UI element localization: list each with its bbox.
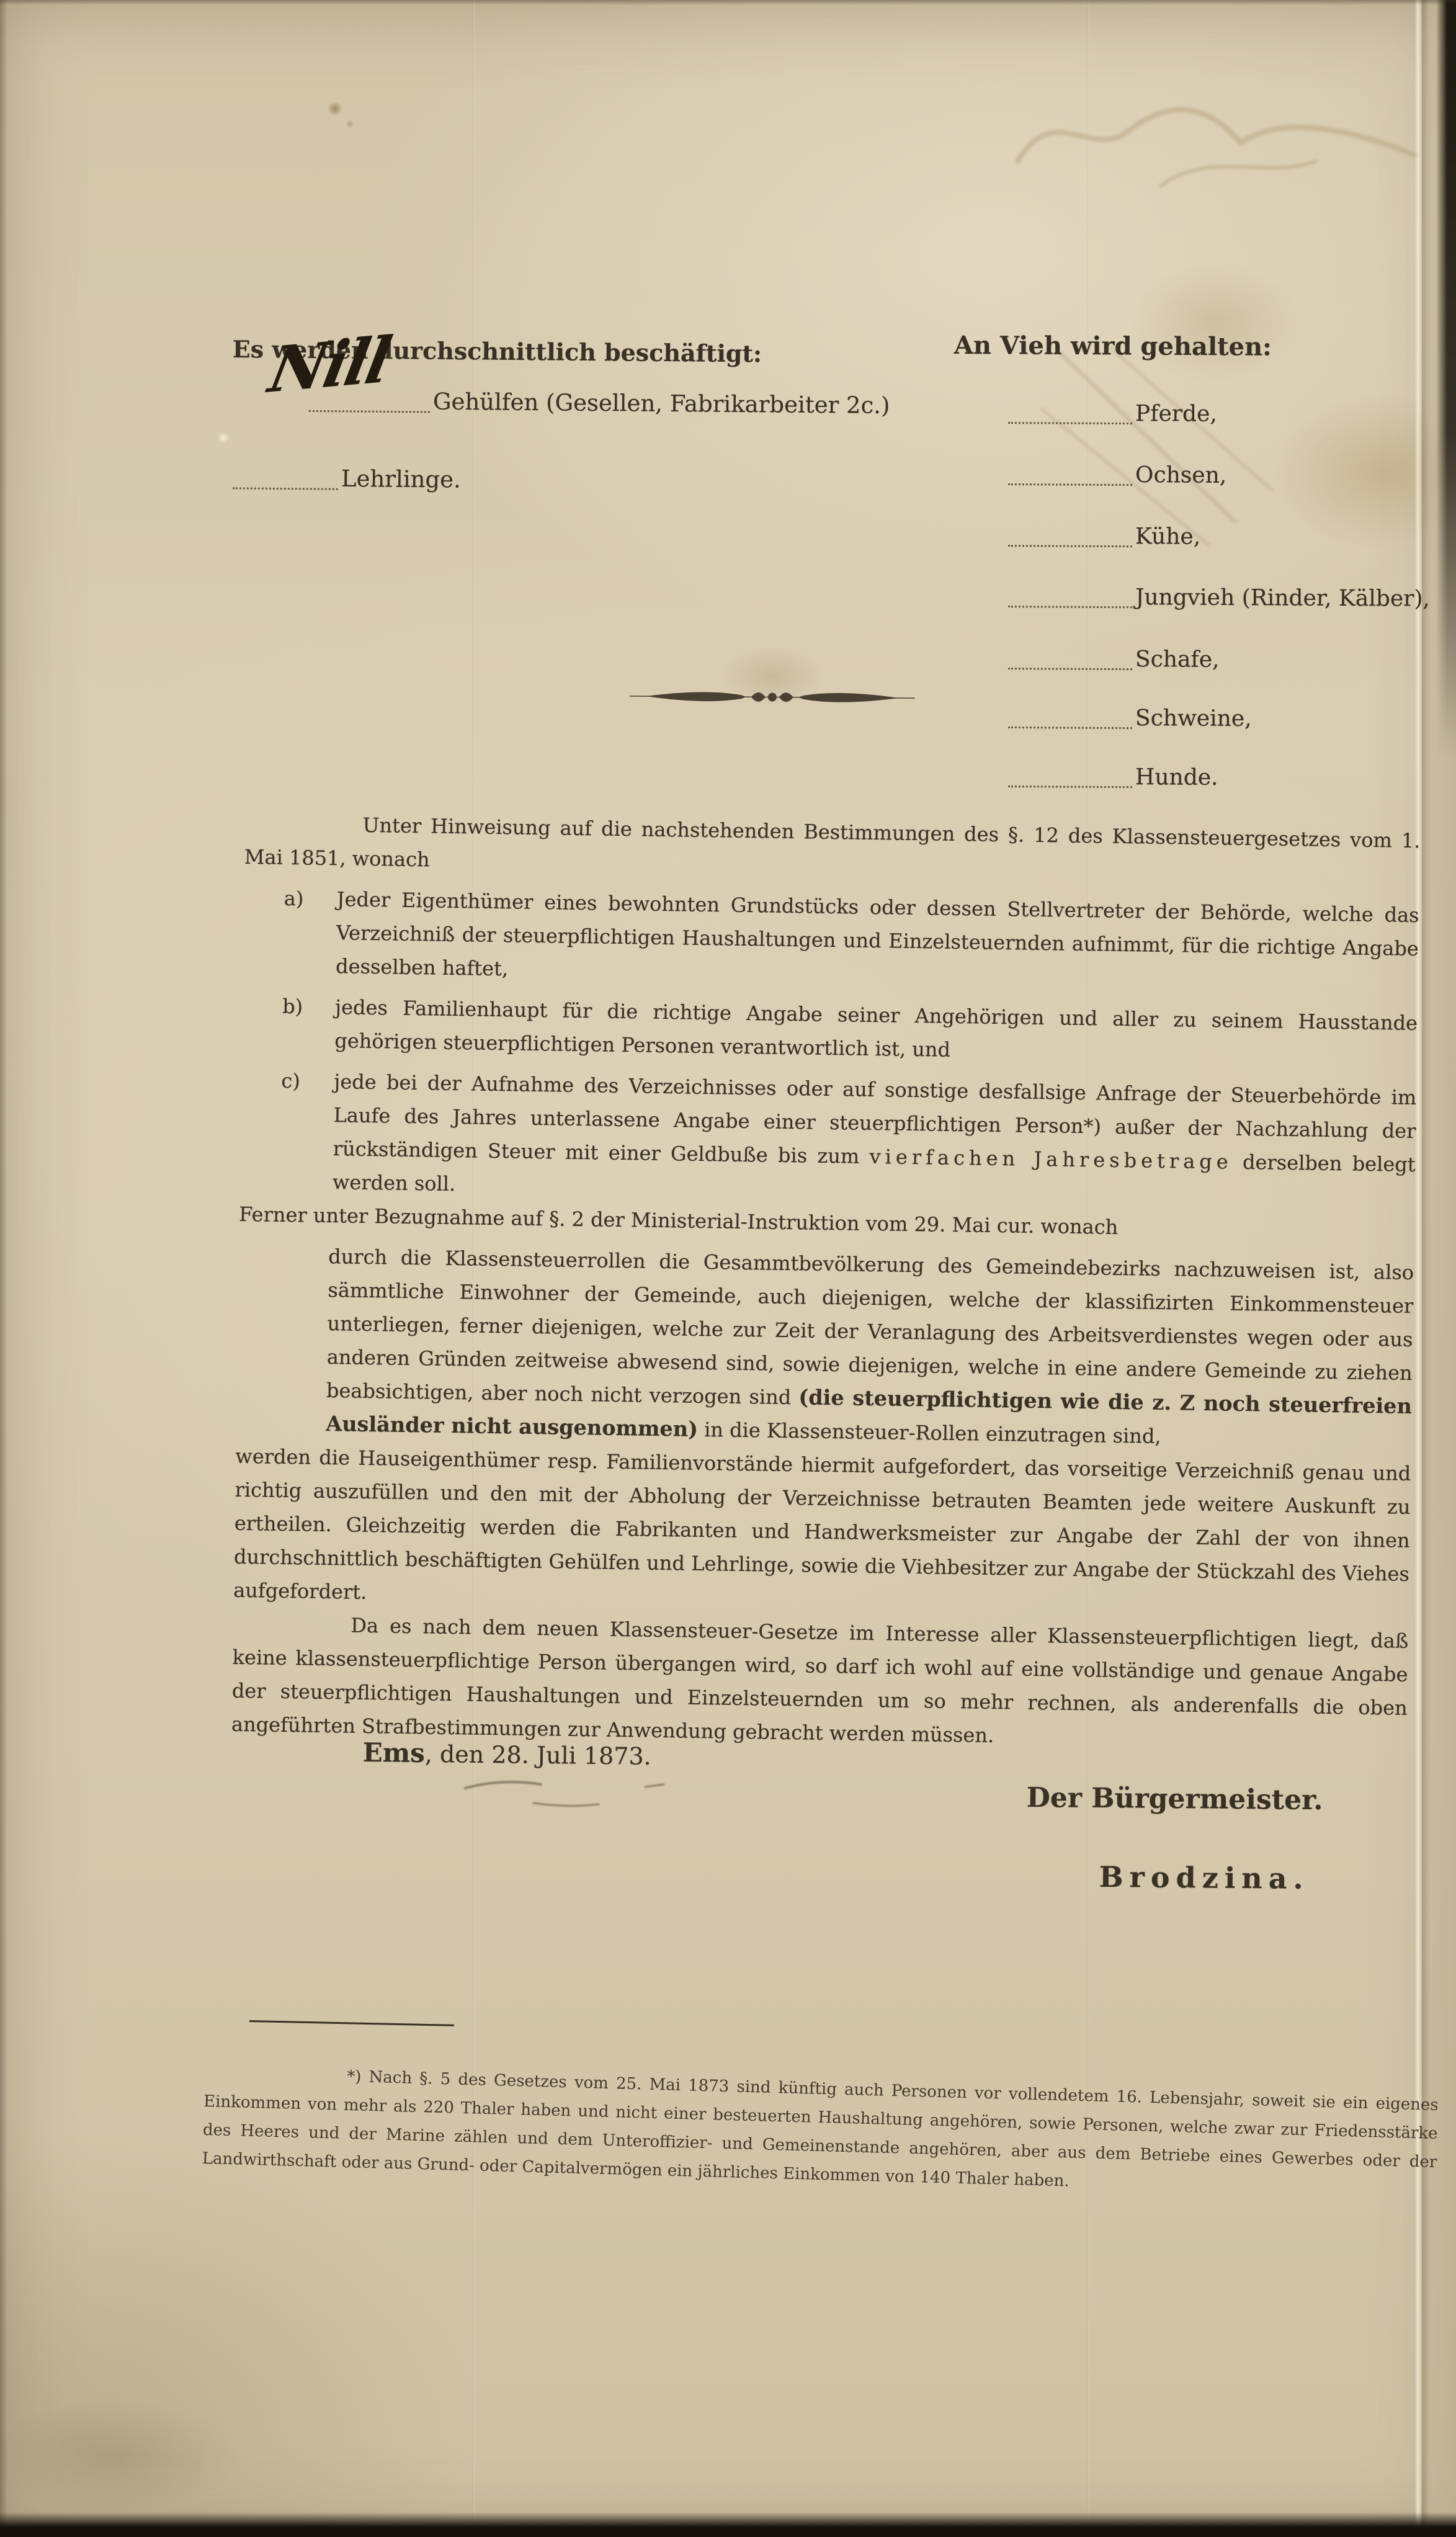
livestock-heading: An Vieh wird gehalten: <box>954 331 1272 362</box>
livestock-label: Jungvieh (Rinder, Kälber), <box>1135 584 1430 611</box>
signature-title: Der Bürgermeister. <box>1027 1782 1323 1816</box>
indented-text: durch die Klassensteuerrollen die Gesamm… <box>326 1245 1414 1409</box>
divider-ornament <box>630 682 915 712</box>
signature-name: Brodzina. <box>1099 1860 1310 1895</box>
dotted-fill-line <box>1008 763 1132 788</box>
indented-text-end: in die Klassensteuer-Rollen einzutragen … <box>698 1418 1161 1448</box>
dotted-fill-line <box>1008 583 1132 608</box>
apprentices-label: Lehrlinge. <box>341 465 461 493</box>
clause-c-marker: c) <box>281 1064 300 1098</box>
clause-a: a) Jeder Eigenthümer eines bewohnten Gru… <box>336 882 1419 999</box>
livestock-label: Ochsen, <box>1135 462 1226 488</box>
dotted-fill-line <box>1008 645 1132 670</box>
apprentices-fill-row: Lehrlinge. <box>233 464 461 493</box>
livestock-row: Kühe, <box>1008 522 1200 550</box>
livestock-label: Hunde. <box>1135 764 1218 790</box>
dateline: Ems, den 28. Juli 1873. <box>362 1737 651 1771</box>
livestock-label: Schafe, <box>1135 647 1220 673</box>
clause-b-text: jedes Familienhaupt für die richtige Ang… <box>334 995 1418 1062</box>
clause-a-text: Jeder Eigenthümer eines bewohnten Grunds… <box>336 887 1419 980</box>
dotted-fill-line <box>1008 522 1132 547</box>
clause-b-marker: b) <box>282 990 303 1023</box>
livestock-label: Schweine, <box>1135 705 1252 732</box>
footnote-rule <box>249 2020 454 2026</box>
intro-paragraph: Unter Hinweisung auf die nachstehenden B… <box>244 807 1420 891</box>
livestock-label: Kühe, <box>1135 524 1200 550</box>
pencil-smudge <box>459 1762 695 1818</box>
clause-c: c) jede bei der Aufnahme des Verzeichnis… <box>333 1065 1417 1215</box>
ink-bleedthrough-ghost <box>1005 56 1439 217</box>
clause-c-emphasized: vierfachen Jahresbetrage <box>869 1145 1233 1174</box>
indented-provision: durch die Klassensteuerrollen die Gesamm… <box>326 1240 1414 1457</box>
dotted-fill-line <box>233 465 338 490</box>
assistants-fill-row: Gehülfen (Gesellen, Fabrikarbeiter 2c.) <box>309 387 890 419</box>
livestock-label: Pferde, <box>1135 401 1217 427</box>
page-edge-top <box>0 0 1456 5</box>
body-text: Unter Hinweisung auf die nachstehenden B… <box>231 807 1421 1758</box>
livestock-row: Pferde, <box>1008 400 1217 427</box>
livestock-row: Jungvieh (Rinder, Kälber), <box>1008 583 1430 612</box>
dotted-fill-line <box>1008 461 1132 486</box>
livestock-row: Hunde. <box>1008 763 1218 790</box>
livestock-row: Schweine, <box>1008 704 1252 732</box>
scanned-document-page: Es werden durchschnittlich beschäftigt: … <box>0 0 1456 2537</box>
closing-paragraph: Da es nach dem neuen Klassensteuer-Geset… <box>231 1607 1409 1758</box>
dotted-fill-line <box>1008 400 1132 424</box>
clause-a-marker: a) <box>284 882 303 915</box>
clause-b: b) jedes Familienhaupt für die richtige … <box>334 990 1418 1073</box>
livestock-row: Schafe, <box>1008 645 1220 673</box>
footnote-text: *) Nach §. 5 des Gesetzes vom 25. Mai 18… <box>202 2059 1439 2205</box>
dateline-place: Ems <box>362 1737 425 1768</box>
dateline-date: , den 28. Juli 1873. <box>425 1740 651 1770</box>
livestock-row: Ochsen, <box>1008 461 1226 488</box>
dotted-fill-line <box>309 388 430 413</box>
dotted-fill-line <box>1008 704 1132 729</box>
page-edge-bottom <box>0 2512 1456 2537</box>
page-edge-left <box>0 0 7 2537</box>
request-paragraph: werden die Hauseigenthümer resp. Familie… <box>233 1439 1411 1624</box>
assistants-label: Gehülfen (Gesellen, Fabrikarbeiter 2c.) <box>433 388 890 419</box>
